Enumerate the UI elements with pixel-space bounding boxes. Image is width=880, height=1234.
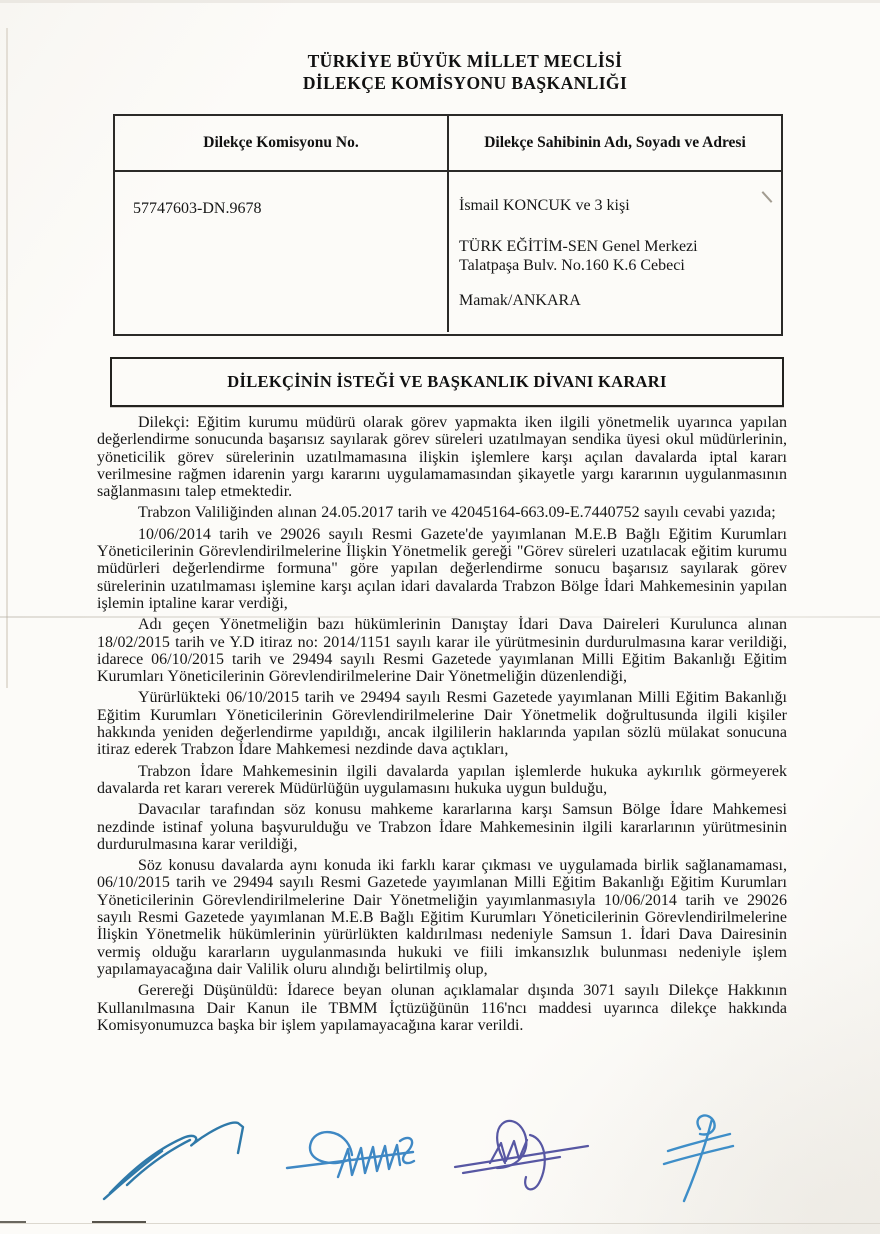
petitioner-organization: TÜRK EĞİTİM-SEN Genel Merkezi — [459, 237, 773, 256]
signatures-row — [0, 1105, 880, 1230]
signature-4 — [664, 1116, 733, 1201]
letterhead: TÜRKİYE BÜYÜK MİLLET MECLİSİ DİLEKÇE KOM… — [50, 50, 880, 94]
signature-3 — [455, 1121, 588, 1189]
paragraph-petitioner-request: Dilekçi: Eğitim kurumu müdürü olarak gör… — [97, 414, 787, 500]
paragraph-council-of-state: Adı geçen Yönetmeliğin bazı hükümlerinin… — [97, 616, 787, 685]
petition-info-table: Dilekçe Komisyonu No. Dilekçe Sahibinin … — [113, 114, 783, 336]
decision-section-box: DİLEKÇİNİN İSTEĞİ VE BAŞKANLIK DİVANI KA… — [110, 357, 784, 407]
petition-info-table-body-row: 57747603-DN.9678 İsmail KONCUK ve 3 kişi… — [115, 172, 781, 332]
petition-info-table-header-row: Dilekçe Komisyonu No. Dilekçe Sahibinin … — [115, 116, 781, 172]
letterhead-line-2: DİLEKÇE KOMİSYONU BAŞKANLIĞI — [50, 72, 880, 94]
paragraph-regulation-2014: 10/06/2014 tarih ve 29026 sayılı Resmi G… — [97, 526, 787, 612]
scanned-document-page: TÜRKİYE BÜYÜK MİLLET MECLİSİ DİLEKÇE KOM… — [0, 0, 880, 1234]
column-header-petitioner: Dilekçe Sahibinin Adı, Soyadı ve Adresi — [449, 116, 781, 170]
petitioner-name: İsmail KONCUK ve 3 kişi — [459, 196, 773, 215]
decision-section-title: DİLEKÇİNİN İSTEĞİ VE BAŞKANLIK DİVANI KA… — [227, 372, 666, 392]
scan-edge-left — [6, 28, 8, 688]
petitioner-details: İsmail KONCUK ve 3 kişi TÜRK EĞİTİM-SEN … — [449, 172, 781, 332]
paragraph-regulation-2015: Yürürlükteki 06/10/2015 tarih ve 29494 s… — [97, 689, 787, 758]
petition-number: 57747603-DN.9678 — [115, 172, 449, 332]
column-header-petition-no: Dilekçe Komisyonu No. — [115, 116, 449, 170]
paragraph-conflicting-rulings: Söz konusu davalarda aynı konuda iki far… — [97, 857, 787, 978]
decision-body: Dilekçi: Eğitim kurumu müdürü olarak gör… — [97, 414, 787, 1038]
signature-1 — [104, 1123, 243, 1199]
petitioner-city: Mamak/ANKARA — [459, 291, 773, 310]
scan-edge-top — [0, 0, 880, 3]
paragraph-final-decision: Gerereği Düşünüldü: İdarece beyan olunan… — [97, 982, 787, 1034]
signature-2 — [287, 1132, 414, 1177]
letterhead-line-1: TÜRKİYE BÜYÜK MİLLET MECLİSİ — [50, 50, 880, 72]
paragraph-samsun-appeal: Davacılar tarafından söz konusu mahkeme … — [97, 801, 787, 853]
paragraph-governor-reply: Trabzon Valiliğinden alınan 24.05.2017 t… — [97, 504, 787, 521]
paragraph-trabzon-court: Trabzon İdare Mahkemesinin ilgili davala… — [97, 763, 787, 798]
petitioner-address: Talatpaşa Bulv. No.160 K.6 Cebeci — [459, 256, 773, 275]
